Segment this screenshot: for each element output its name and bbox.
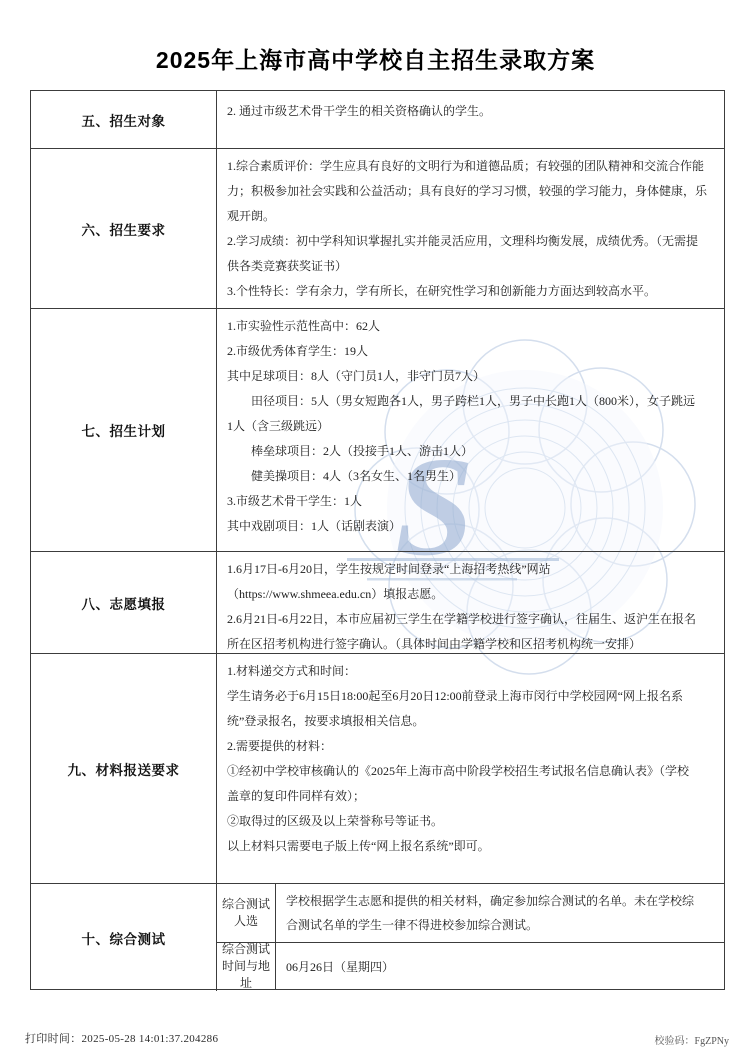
- table-row-comprehensive-test: 十、综合测试 综合测试 人选 学校根据学生志愿和提供的相关材料，确定参加综合测试…: [31, 884, 724, 991]
- row-content: 1.6月17日-6月20日，学生按规定时间登录“上海招考热线”网站 （https…: [217, 552, 724, 653]
- subrow-test-candidates: 综合测试 人选 学校根据学生志愿和提供的相关材料，确定参加综合测试的名单。未在学…: [217, 884, 724, 943]
- subrow-content: 06月26日（星期四）: [276, 943, 724, 990]
- row-content: 1.综合素质评价：学生应具有良好的文明行为和道德品质；有较强的团队精神和交流合作…: [217, 149, 724, 308]
- admission-plan-table: 五、招生对象 2. 通过市级艺术骨干学生的相关资格确认的学生。 六、招生要求 1…: [30, 90, 725, 990]
- subrow-label: 综合测试 人选: [217, 884, 276, 942]
- checksum-code: 校验码：FgZPNy: [655, 1032, 729, 1047]
- row-label: 五、招生对象: [31, 91, 217, 148]
- page-title: 2025年上海市高中学校自主招生录取方案: [0, 42, 751, 75]
- table-row-material-submission: 九、材料报送要求 1.材料递交方式和时间： 学生请务必于6月15日18:00起至…: [31, 654, 724, 884]
- row-label: 八、志愿填报: [31, 552, 217, 653]
- row-label: 六、招生要求: [31, 149, 217, 308]
- print-time: 打印时间：2025-05-28 14:01:37.204286: [25, 1030, 218, 1046]
- row-content: 2. 通过市级艺术骨干学生的相关资格确认的学生。: [217, 91, 724, 148]
- table-row-enrollment-plan: 七、招生计划 1.市实验性示范性高中：62人 2.市级优秀体育学生：19人 其中…: [31, 309, 724, 552]
- subrow-content: 学校根据学生志愿和提供的相关材料，确定参加综合测试的名单。未在学校综 合测试名单…: [276, 884, 724, 942]
- comprehensive-test-subtable: 综合测试 人选 学校根据学生志愿和提供的相关材料，确定参加综合测试的名单。未在学…: [217, 884, 724, 991]
- table-row-application-filing: 八、志愿填报 1.6月17日-6月20日，学生按规定时间登录“上海招考热线”网站…: [31, 552, 724, 654]
- row-label: 十、综合测试: [31, 884, 217, 991]
- subrow-label: 综合测试 时间与地 址: [217, 943, 276, 990]
- table-row-enrollment-requirements: 六、招生要求 1.综合素质评价：学生应具有良好的文明行为和道德品质；有较强的团队…: [31, 149, 724, 309]
- document-page: 2025年上海市高中学校自主招生录取方案 S 五: [0, 0, 751, 1063]
- table-row-enrollment-targets: 五、招生对象 2. 通过市级艺术骨干学生的相关资格确认的学生。: [31, 91, 724, 149]
- subrow-test-time-place: 综合测试 时间与地 址 06月26日（星期四）: [217, 943, 724, 990]
- row-content: 1.市实验性示范性高中：62人 2.市级优秀体育学生：19人 其中足球项目：8人…: [217, 309, 724, 551]
- row-label: 七、招生计划: [31, 309, 217, 551]
- row-content: 1.材料递交方式和时间： 学生请务必于6月15日18:00起至6月20日12:0…: [217, 654, 724, 883]
- row-label: 九、材料报送要求: [31, 654, 217, 883]
